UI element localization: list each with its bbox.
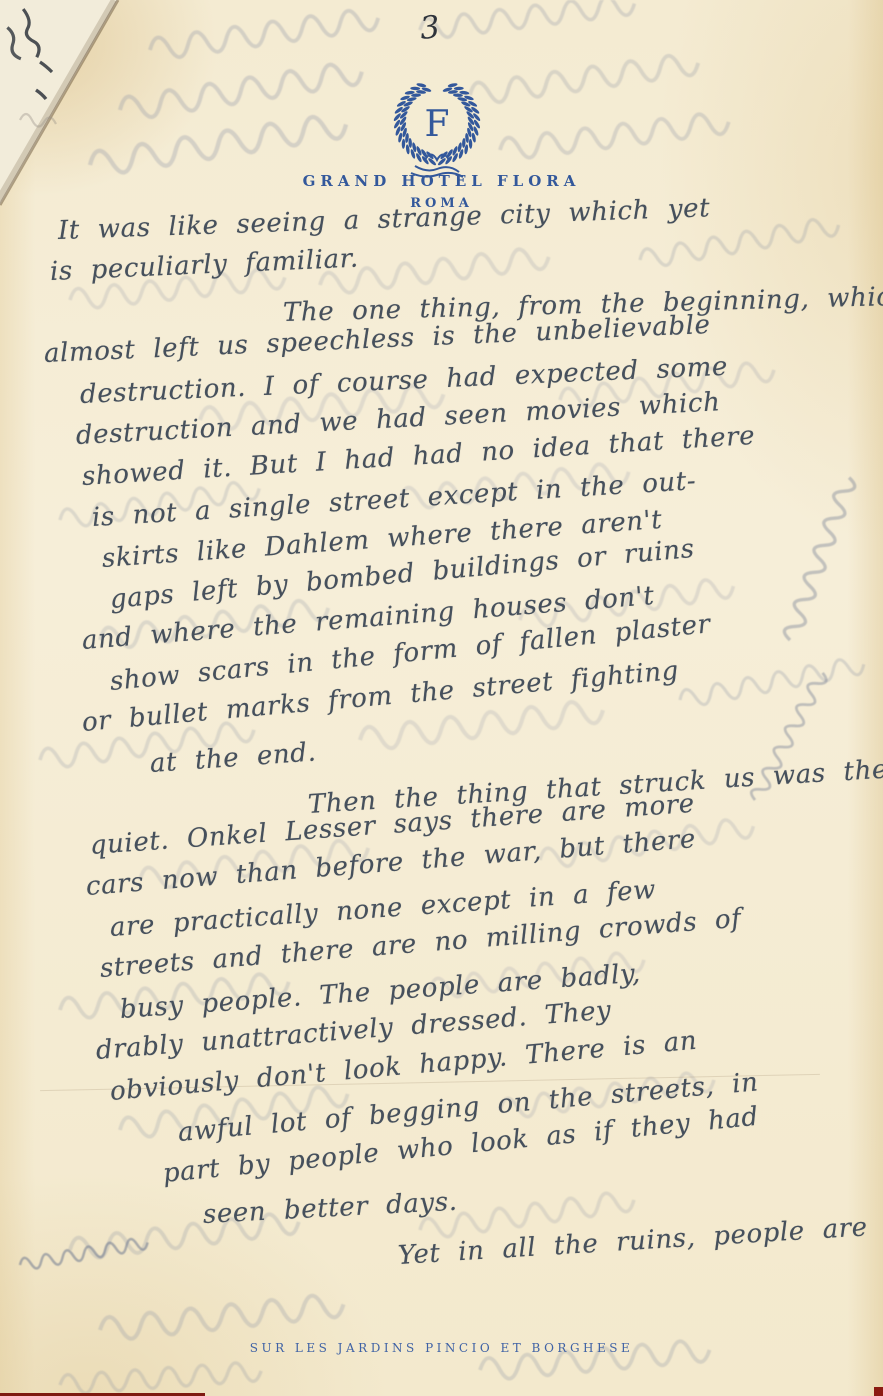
corner-ink-scribble — [4, 8, 52, 72]
letterhead-monogram: F — [389, 76, 485, 180]
corner-shadow-soft — [0, 0, 114, 200]
handwritten-line: Yet in all the ruins, people are living. — [397, 1213, 858, 1271]
scan-edge-corner — [874, 1387, 883, 1396]
monogram-letter: F — [425, 104, 450, 145]
corner-ink-dash — [36, 90, 46, 99]
letter-page: 3 F GRAND HOTEL FLORA ROMA It was like s… — [0, 0, 883, 1396]
letterhead-hotel-name: GRAND HOTEL FLORA — [0, 172, 883, 190]
page-number: 3 — [418, 9, 441, 47]
letterhead-footer: SUR LES JARDINS PINCIO ET BORGHESE — [0, 1341, 883, 1355]
handwritten-letter-body: It was like seeing a strange city which … — [58, 216, 858, 1282]
corner-bleed-squiggle — [20, 114, 56, 127]
